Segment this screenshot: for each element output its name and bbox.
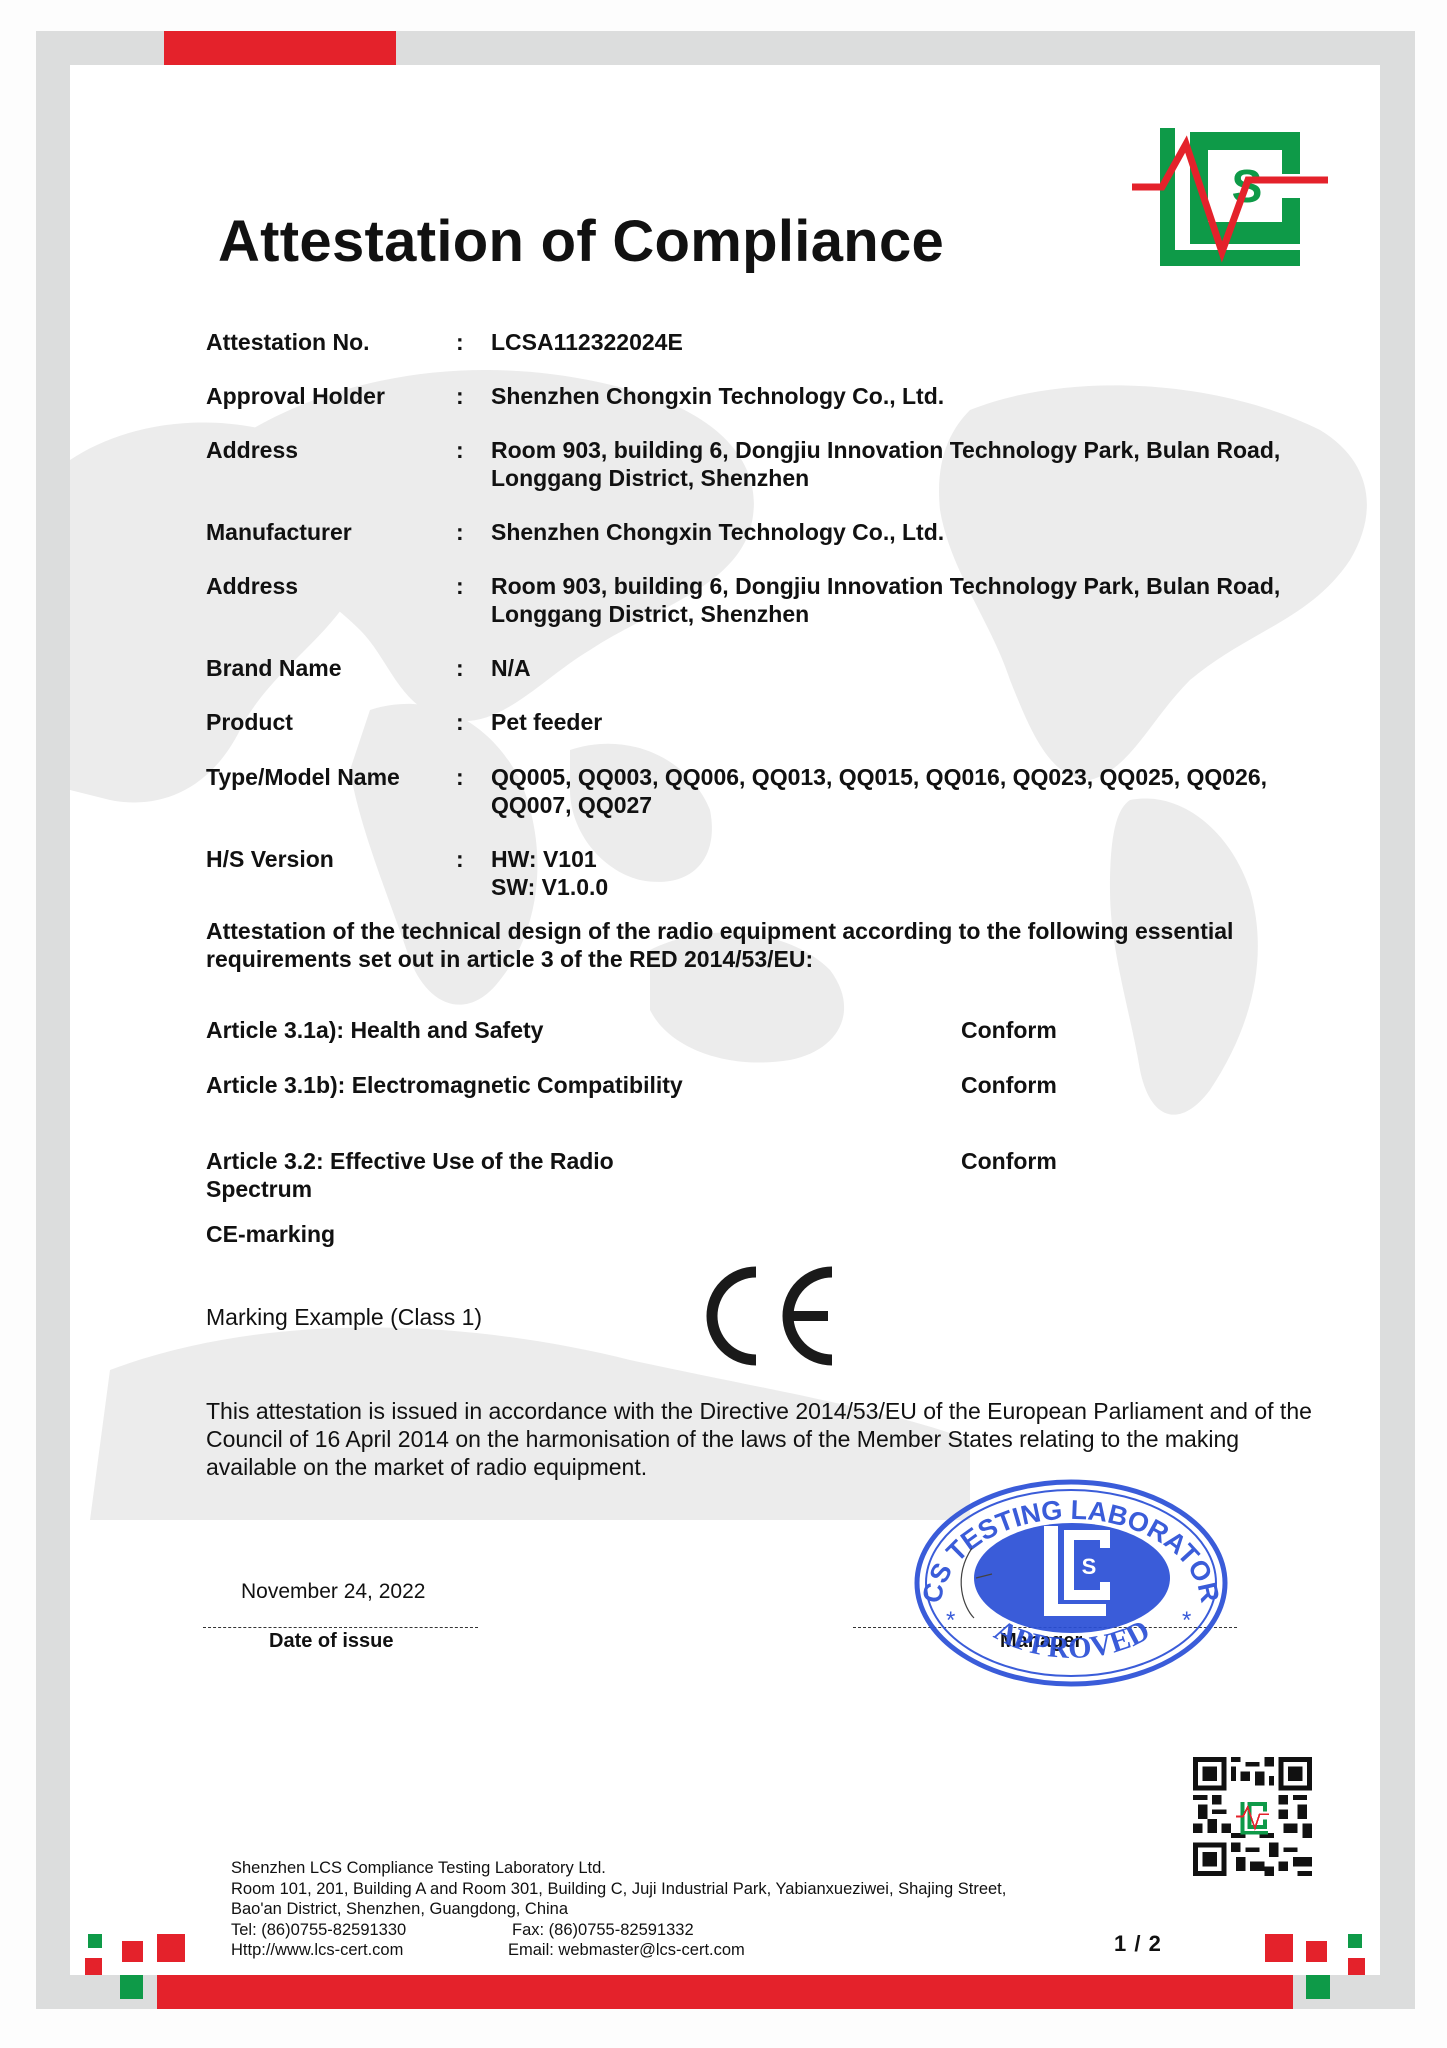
date-signature-line	[203, 1627, 478, 1628]
field-value: HW: V101 SW: V1.0.0	[491, 845, 1391, 901]
field-label: Address	[206, 436, 446, 464]
footer-lab-info: Shenzhen LCS Compliance Testing Laborato…	[231, 1858, 1006, 1961]
document-title: Attestation of Compliance	[218, 208, 944, 275]
lab-email: Email: webmaster@lcs-cert.com	[508, 1940, 745, 1961]
field-value: Room 903, building 6, Dongjiu Innovation…	[491, 572, 1361, 628]
field-separator: :	[456, 763, 464, 791]
lab-website: Http://www.lcs-cert.com	[231, 1941, 403, 1959]
requirements-intro: Attestation of the technical design of t…	[206, 917, 1336, 973]
svg-text:*: *	[1182, 1607, 1191, 1634]
field-label: Manufacturer	[206, 518, 446, 546]
lab-address-line2: Bao'an District, Shenzhen, Guangdong, Ch…	[231, 1899, 1006, 1920]
field-value: Pet feeder	[491, 708, 1391, 736]
field-separator: :	[456, 436, 464, 464]
ce-heading: CE-marking	[206, 1220, 1336, 1248]
lab-address-line1: Room 101, 201, Building A and Room 301, …	[231, 1879, 1006, 1900]
field-label: Product	[206, 708, 446, 736]
field-label: Address	[206, 572, 446, 600]
field-separator: :	[456, 845, 464, 873]
field-value: N/A	[491, 654, 1391, 682]
field-label: Brand Name	[206, 654, 446, 682]
article-name: Article 3.1b): Electromagnetic Compatibi…	[206, 1071, 686, 1099]
field-separator: :	[456, 382, 464, 410]
svg-text:*: *	[946, 1607, 955, 1634]
bottom-red-bar	[157, 1975, 1293, 2009]
field-value: QQ005, QQ003, QQ006, QQ013, QQ015, QQ016…	[491, 763, 1351, 819]
field-label: Approval Holder	[206, 382, 446, 410]
ce-mark-icon	[698, 1266, 835, 1366]
lab-fax: Fax: (86)0755-82591332	[512, 1920, 694, 1941]
sw-version: SW: V1.0.0	[491, 873, 1391, 901]
field-value: Shenzhen Chongxin Technology Co., Ltd.	[491, 518, 1391, 546]
article-result: Conform	[961, 1071, 1057, 1099]
article-name: Article 3.1a): Health and Safety	[206, 1016, 686, 1044]
field-value: Room 903, building 6, Dongjiu Innovation…	[491, 436, 1361, 492]
deco-square	[85, 1958, 102, 1975]
article-result: Conform	[961, 1016, 1057, 1044]
directive-statement: This attestation is issued in accordance…	[206, 1397, 1336, 1481]
approved-stamp-icon: S LCS TESTING LABORATORY APPROVED * *	[912, 1478, 1230, 1688]
page-number: 1 / 2	[1114, 1931, 1162, 1957]
field-separator: :	[456, 518, 464, 546]
deco-square	[1348, 1958, 1365, 1975]
article-result: Conform	[961, 1147, 1057, 1175]
lab-name: Shenzhen LCS Compliance Testing Laborato…	[231, 1858, 1006, 1879]
svg-text:S: S	[1082, 1554, 1097, 1579]
date-of-issue-label: Date of issue	[269, 1630, 393, 1653]
field-value: LCSA112322024E	[491, 328, 1391, 356]
deco-square	[88, 1934, 102, 1948]
deco-square	[1265, 1934, 1293, 1962]
field-separator: :	[456, 708, 464, 736]
field-label: Attestation No.	[206, 328, 446, 356]
qr-code-icon	[1193, 1757, 1312, 1876]
top-red-bar	[164, 31, 396, 65]
deco-square	[1306, 1975, 1330, 1999]
field-label: Type/Model Name	[206, 763, 446, 791]
field-label: H/S Version	[206, 845, 446, 873]
field-value: Shenzhen Chongxin Technology Co., Ltd.	[491, 382, 1391, 410]
deco-square	[157, 1934, 185, 1962]
article-name: Article 3.2: Effective Use of the Radio …	[206, 1147, 686, 1203]
deco-square	[120, 1975, 143, 1999]
lab-tel: Tel: (86)0755-82591330	[231, 1921, 406, 1939]
hw-version: HW: V101	[491, 845, 1391, 873]
field-separator: :	[456, 654, 464, 682]
field-separator: :	[456, 572, 464, 600]
lcs-logo-icon: S	[1130, 122, 1330, 272]
deco-square	[1306, 1941, 1327, 1962]
issue-date: November 24, 2022	[241, 1580, 425, 1604]
deco-square	[122, 1941, 143, 1962]
field-separator: :	[456, 328, 464, 356]
deco-square	[1348, 1934, 1362, 1948]
